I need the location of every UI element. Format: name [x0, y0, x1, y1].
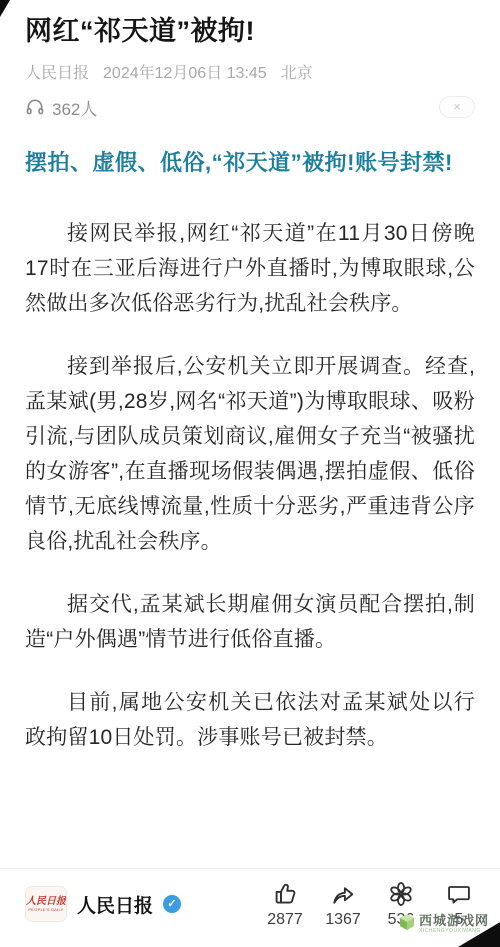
close-icon: ×	[453, 99, 461, 114]
publisher-name: 人民日报	[77, 891, 153, 918]
like-button[interactable]: 2877	[264, 880, 306, 929]
like-count: 2877	[267, 911, 303, 929]
paragraph: 接网民举报,网红“祁天道”在11月30日傍晚17时在三亚后海进行户外直播时,为博…	[25, 216, 475, 321]
byline-datetime: 2024年12月06日 13:45	[103, 60, 267, 83]
logo-caption-text: PEOPLE'S DAILY	[28, 907, 63, 912]
audio-close-button[interactable]: ×	[439, 96, 475, 118]
share-button[interactable]: 1367	[322, 880, 364, 929]
site-watermark: 西城游戏网 XICHENGYOUXIWANG	[398, 913, 489, 938]
article-content: 网红“祁天道”被拘! 人民日报 2024年12月06日 13:45 北京 362…	[0, 0, 500, 755]
peoples-daily-logo[interactable]: 人民日报 PEOPLE'S DAILY	[25, 886, 67, 922]
paragraph: 据交代,孟某斌长期雇佣女演员配合摆拍,制造“户外偶遇”情节进行低俗直播。	[25, 587, 475, 657]
page-title: 网红“祁天道”被拘!	[25, 12, 475, 50]
byline-source: 人民日报	[25, 60, 89, 83]
article-subheadline: 摆拍、虚假、低俗,“祁天道”被拘!账号封禁!	[25, 146, 475, 180]
flower-icon	[387, 880, 415, 908]
watermark-leaf-icon	[398, 913, 416, 938]
audio-listener-count: 362人	[52, 95, 97, 120]
paragraph: 目前,属地公安机关已依法对孟某斌处以行政拘留10日处罚。涉事账号已被封禁。	[25, 685, 475, 755]
share-count: 1367	[325, 911, 361, 929]
share-arrow-icon	[329, 880, 357, 908]
byline: 人民日报 2024年12月06日 13:45 北京	[25, 60, 475, 82]
verified-badge-icon: ✓	[163, 895, 181, 913]
headphones-icon	[25, 97, 45, 117]
audio-player-bar[interactable]: 362人 ×	[25, 94, 475, 120]
byline-location: 北京	[281, 60, 313, 83]
article-body: 接网民举报,网红“祁天道”在11月30日傍晚17时在三亚后海进行户外直播时,为博…	[25, 216, 475, 755]
paragraph: 接到举报后,公安机关立即开展调查。经查,孟某斌(男,28岁,网名“祁天道”)为博…	[25, 349, 475, 559]
watermark-text: 西城游戏网	[419, 913, 489, 928]
publisher-profile[interactable]: 人民日报 PEOPLE'S DAILY 人民日报 ✓	[25, 886, 181, 922]
logo-calligraphy-text: 人民日报	[26, 896, 66, 907]
comment-icon	[445, 880, 473, 908]
watermark-subtext: XICHENGYOUXIWANG	[419, 928, 489, 934]
article-page: 网红“祁天道”被拘! 人民日报 2024年12月06日 13:45 北京 362…	[0, 0, 500, 947]
thumbs-up-icon	[271, 880, 299, 908]
audio-listeners: 362人	[25, 95, 97, 120]
